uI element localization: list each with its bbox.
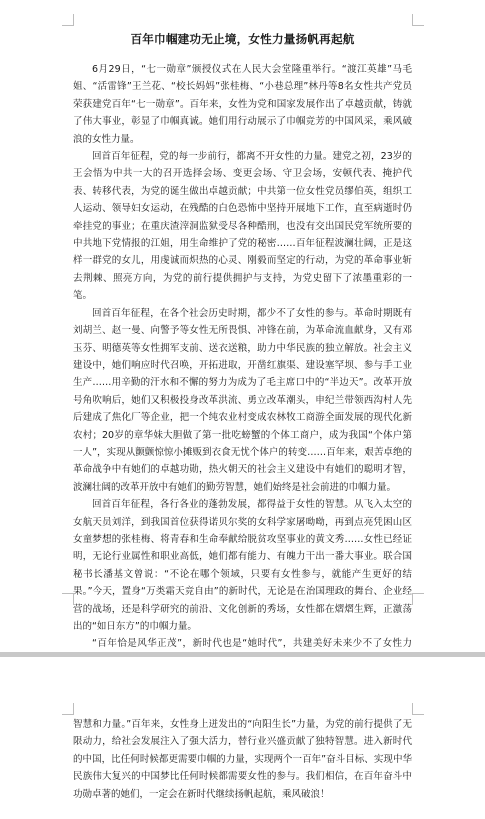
margin-corner-mark (412, 14, 424, 26)
document-page-2: 智慧和力量。”百年来，女性身上迸发出的“向阳生长”力量，为党的前行提供了无限动力… (0, 657, 485, 819)
document-page-1: 百年巾帼建功无止境，女性力量扬帆再起航 6月29日，“七一勋章”颁授仪式在人民大… (0, 0, 485, 652)
document-title: 百年巾帼建功无止境，女性力量扬帆再起航 (0, 31, 485, 47)
margin-corner-mark (412, 703, 424, 715)
paragraph: 6月29日，“七一勋章”颁授仪式在人民大会堂隆重举行。“渡江英雄”马毛姐、“活雷… (73, 61, 412, 148)
paragraph: 回首百年征程，在各个社会历史时期，都少不了女性的参与。革命时期既有刘胡兰、赵一曼… (73, 305, 412, 496)
document-body-page-1: 6月29日，“七一勋章”颁授仪式在人民大会堂隆重举行。“渡江英雄”马毛姐、“活雷… (73, 61, 412, 688)
margin-corner-mark (412, 593, 424, 605)
margin-corner-mark (62, 703, 74, 715)
margin-corner-mark (62, 14, 74, 26)
paragraph: 智慧和力量。”百年来，女性身上迸发出的“向阳生长”力量，为党的前行提供了无限动力… (73, 716, 412, 803)
document-body-page-2: 智慧和力量。”百年来，女性身上迸发出的“向阳生长”力量，为党的前行提供了无限动力… (73, 716, 412, 803)
paragraph: 回首百年征程，党的每一步前行，都离不开女性的力量。建党之初，23岁的王会悟为中共… (73, 148, 412, 305)
paragraph: 回首百年征程，各行各业的蓬勃发展，都得益于女性的智慧。从飞入太空的女航天员刘洋，… (73, 496, 412, 635)
margin-corner-mark (62, 593, 74, 605)
